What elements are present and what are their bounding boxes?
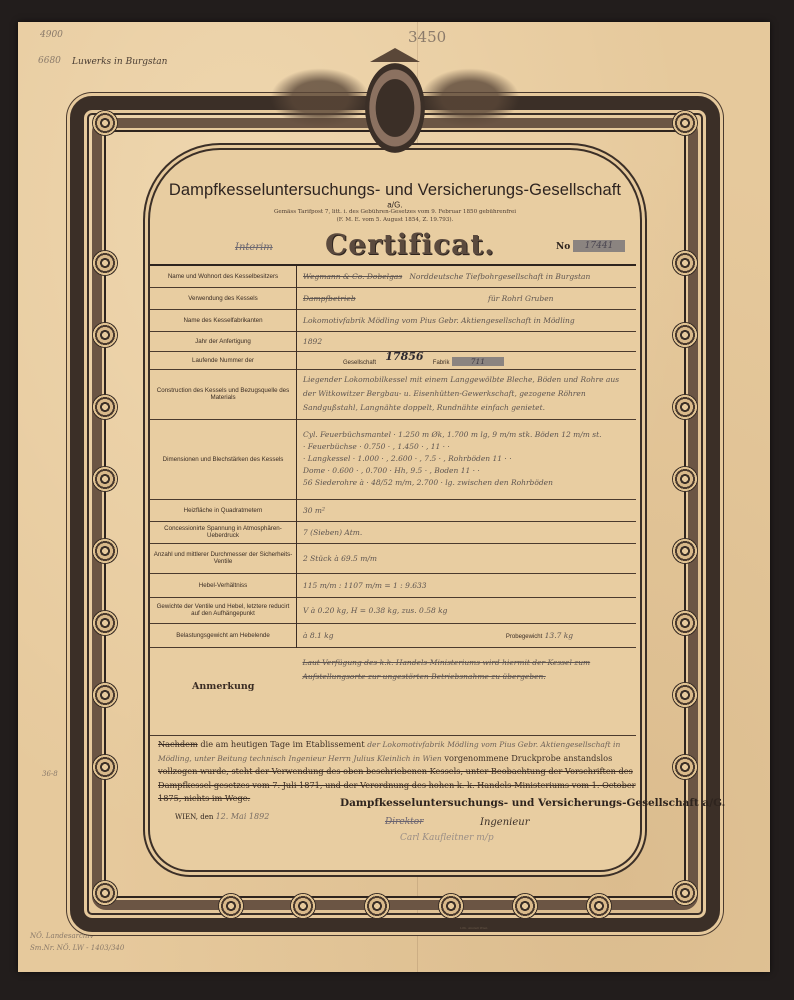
margin-mark: 36-8 (42, 770, 58, 778)
table-row: Dimensionen und Blechstärken des Kessels… (150, 419, 636, 499)
signature-engineer: Ingenieur (480, 817, 530, 828)
table-row: Hebel-Verhältniss 115 m/m : 1107 m/m = 1… (150, 573, 636, 597)
rosette-icon (672, 110, 698, 136)
title-row: Interim Certificat. No 17441 (160, 228, 630, 262)
dimension-line: 56 Siederohre à · 48/52 m/m, 2.700 · lg.… (303, 477, 633, 489)
row-value: à 8.1 kg Probegewicht 13.7 kg (297, 623, 637, 647)
rosette-icon (672, 682, 698, 708)
rosette-icon (218, 893, 244, 919)
certificate-number: 17441 (573, 240, 625, 252)
table-row: Gewichte der Ventile und Hebel, letztere… (150, 597, 636, 623)
weights-value: V à 0.20 kg, H = 0.38 kg, zus. 0.58 kg (297, 597, 637, 623)
griffin-left-icon (270, 68, 370, 128)
griffin-right-icon (420, 68, 520, 128)
probe-weight-label: Probegewicht (506, 634, 542, 640)
signature-struck: Direktor (385, 817, 424, 827)
year-value: 1892 (297, 331, 637, 351)
fabrik-label: Fabrik (433, 360, 450, 366)
lever-ratio-value: 115 m/m : 1107 m/m = 1 : 9.633 (297, 573, 637, 597)
rosette-icon (672, 754, 698, 780)
stamp-note-line1: Gemäss Tarifpost 7, litt. i. des Gebühre… (160, 208, 630, 216)
archive-note-top-left-2: 6680 (38, 56, 61, 66)
archive-note-place: Luwerks in Burgstan (72, 57, 167, 67)
double-eagle-shield-icon (365, 63, 425, 153)
struck-value: Dampfbetrieb (303, 294, 356, 303)
row-label: Hebel-Verhältniss (150, 573, 297, 597)
row-label: Dimensionen und Blechstärken des Kessels (150, 419, 297, 499)
rosette-icon (672, 880, 698, 906)
row-label: Construction des Kessels und Bezugsquell… (150, 369, 297, 419)
rosette-icon (364, 893, 390, 919)
rosette-icon (92, 754, 118, 780)
manufacturer-value: Lokomotivfabrik Mödling vom Pius Gebr. A… (297, 309, 637, 331)
table-row: Laufende Nummer der Gesellschaft 17856 F… (150, 351, 636, 369)
crest-griffins-double-eagle (270, 38, 520, 158)
rosette-icon (586, 893, 612, 919)
remark-label: Anmerkung (150, 647, 297, 725)
pressure-value: 7 (Sieben) Atm. (297, 521, 637, 543)
rosette-icon (512, 893, 538, 919)
table-row: Jahr der Anfertigung 1892 (150, 331, 636, 351)
certification-statement: Nachdem die am heutigen Tage im Etabliss… (158, 738, 636, 806)
rosette-icon (672, 466, 698, 492)
dimension-line: · Langkessel · 1.000 · , 2.600 · , 7.5 ·… (303, 453, 633, 465)
table-row: Name des Kesselfabrikanten Lokomotivfabr… (150, 309, 636, 331)
row-label: Name des Kesselfabrikanten (150, 309, 297, 331)
table-row: Anmerkung Laut Verfügung des k.k. Handel… (150, 647, 636, 725)
archive-note-bottom-2: Sm.Nr. NÖ. LW - 1403/340 (30, 944, 124, 952)
statement-text: die am heutigen Tage im Etablissement (200, 739, 364, 749)
rosette-icon (672, 250, 698, 276)
place: WIEN, (175, 813, 198, 821)
row-label: Laufende Nummer der (150, 351, 297, 369)
rosette-icon (92, 880, 118, 906)
date-handwritten: 12. Mai 1892 (216, 812, 270, 821)
row-label: Verwendung des Kessels (150, 287, 297, 309)
struck-value: Wegmann & Co. Dobelgas (303, 272, 402, 281)
gesellschaft-number: 17856 (378, 350, 430, 363)
row-value: Wegmann & Co. Dobelgas Norddeutsche Tief… (297, 265, 637, 287)
place-date: WIEN, den 12. Mai 1892 (175, 812, 269, 821)
stamp-duty-note: Gemäss Tarifpost 7, litt. i. des Gebühre… (160, 208, 630, 224)
construction-value: Liegender Lokomobilkessel mit einem Lang… (297, 369, 637, 419)
dimension-line: · Feuerbüchse · 0.750 · , 1.450 · , 11 ·… (303, 441, 633, 453)
crown-canopy-icon (370, 48, 420, 62)
statement-text: anstandslos (563, 753, 612, 763)
company-blackletter: Dampfkesseluntersuchungs- und Versicheru… (340, 797, 725, 809)
rosette-icon (92, 110, 118, 136)
certificate-title: Certificat. (325, 228, 495, 261)
rosette-icon (290, 893, 316, 919)
row-label: Name und Wohnort des Kesselbesitzers (150, 265, 297, 287)
rosette-icon (92, 538, 118, 564)
table-row: Belastungsgewicht am Hebelende à 8.1 kg … (150, 623, 636, 647)
printer-mark: Lith. Anstalt Wien (460, 926, 487, 930)
fabrik-number: 711 (452, 357, 504, 366)
signature-name: Carl Kaufleitner m/p (400, 833, 494, 843)
dimension-line: Dome · 0.600 · , 0.700 · Hh, 9.5 · , Bod… (303, 465, 633, 477)
rosette-icon (672, 538, 698, 564)
heating-surface-value: 30 m² (297, 499, 637, 521)
row-value: Dampfbetrieb für Rohrl Gruben (297, 287, 637, 309)
rosette-icon (672, 610, 698, 636)
statement-text: vorgenommene Druckprobe (444, 753, 560, 763)
rosette-icon (92, 682, 118, 708)
row-value: Gesellschaft 17856 Fabrik 711 (297, 351, 637, 369)
owner-value: Norddeutsche Tiefbohrgesellschaft in Bur… (409, 272, 590, 281)
stamp-note-line2: (F. M. E. vom 5. August 1854, Z. 19.793)… (160, 216, 630, 224)
rosette-icon (438, 893, 464, 919)
rosette-icon (672, 394, 698, 420)
archive-note-top-left-1: 4900 (40, 30, 63, 40)
rosette-icon (92, 250, 118, 276)
rosette-icon (92, 466, 118, 492)
rosette-icon (92, 322, 118, 348)
table-row: Concessionirte Spannung in Atmosphären-U… (150, 521, 636, 543)
company-name-text: Dampfkesseluntersuchungs- und Versicheru… (169, 181, 621, 199)
row-label: Gewichte der Ventile und Hebel, letztere… (150, 597, 297, 623)
row-label: Anzahl und mittlerer Durchmesser der Sic… (150, 543, 297, 573)
load-weight-value: à 8.1 kg (303, 631, 334, 640)
den: den (200, 813, 213, 821)
table-row: Name und Wohnort des Kesselbesitzers Weg… (150, 265, 636, 287)
table-row: Heizfläche in Quadratmetern 30 m² (150, 499, 636, 521)
safety-valves-value: 2 Stück à 69.5 m/m (297, 543, 637, 573)
struck-prefix: Interim (235, 242, 273, 253)
rosette-icon (92, 610, 118, 636)
gesellschaft-label: Gesellschaft (343, 360, 376, 366)
row-label: Belastungsgewicht am Hebelende (150, 623, 297, 647)
divider (150, 735, 636, 736)
row-label: Concessionirte Spannung in Atmosphären-U… (150, 521, 297, 543)
table-row: Anzahl und mittlerer Durchmesser der Sic… (150, 543, 636, 573)
remark-value: Laut Verfügung des k.k. Handels-Minister… (297, 647, 637, 725)
table-row: Verwendung des Kessels Dampfbetrieb für … (150, 287, 636, 309)
boiler-data-table: Name und Wohnort des Kesselbesitzers Weg… (150, 264, 636, 725)
dimensions-value: Cyl. Feuerbüchsmantel · 1.250 m Øk, 1.70… (297, 419, 637, 499)
number-label: No (556, 242, 570, 252)
rosette-icon (92, 394, 118, 420)
row-label: Jahr der Anfertigung (150, 331, 297, 351)
rosette-icon (672, 322, 698, 348)
dimension-line: Cyl. Feuerbüchsmantel · 1.250 m Øk, 1.70… (303, 429, 633, 441)
archive-note-bottom-1: NÖ. Landesarchiv (30, 932, 94, 940)
struck-word: Nachdem (158, 739, 198, 749)
probe-weight-value: 13.7 kg (545, 631, 573, 640)
row-label: Heizfläche in Quadratmetern (150, 499, 297, 521)
usage-value: für Rohrl Gruben (488, 294, 553, 303)
table-row: Construction des Kessels und Bezugsquell… (150, 369, 636, 419)
